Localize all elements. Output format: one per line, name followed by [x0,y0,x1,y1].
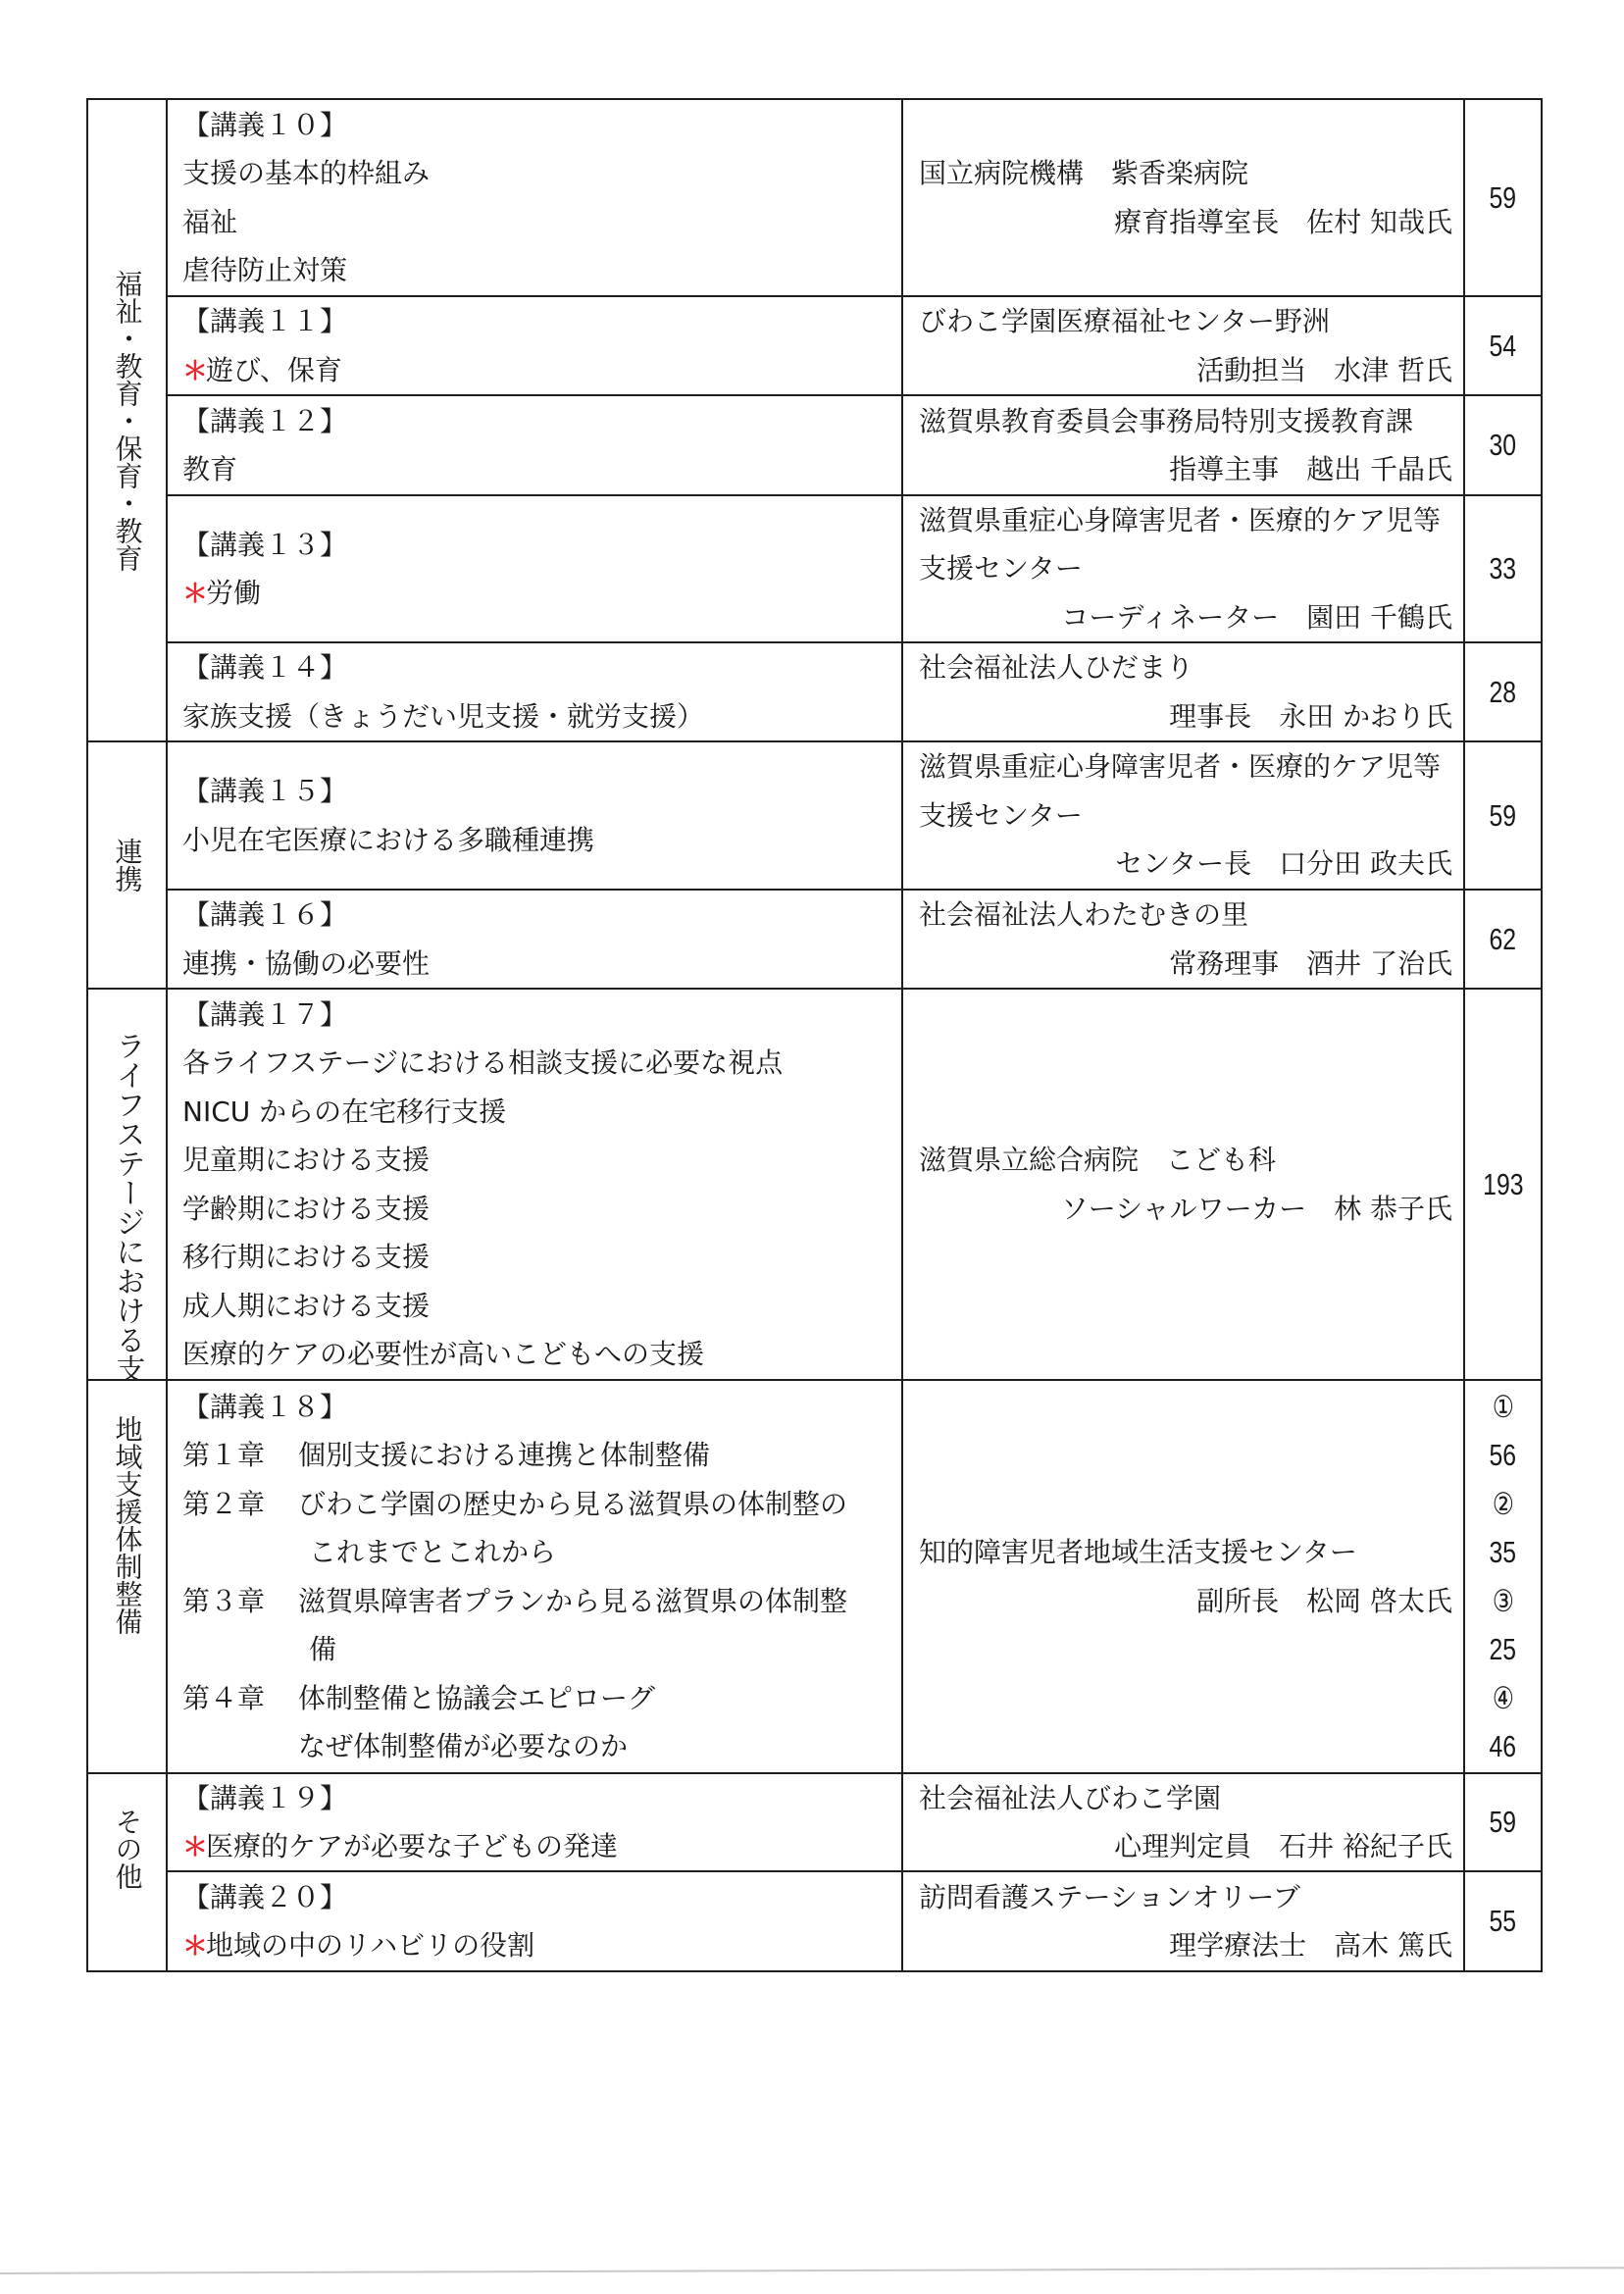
lecture-cell: 【講義１６】 連携・協働の必要性 [168,891,903,990]
lecture-number: 【講義１３】 [182,521,901,570]
lecture-number: 【講義２０】 [182,1873,901,1922]
asterisk-icon: ＊ [182,1824,206,1873]
chapter-label: 第２章 [182,1480,298,1529]
lecture-cell: 【講義１８】 第１章個別支援における連携と体制整備 第２章びわこ学園の歴史から見… [168,1381,903,1774]
category-label: 地域支援体制整備 [114,1415,141,1635]
category-cell-regional-system: 地域支援体制整備 [88,1381,168,1774]
organization-name: 知的障害児者地域生活支援センター [919,1528,1452,1577]
chapter-label: 第４章 [182,1674,298,1723]
lecturer-name: 理事長 永田 かおり氏 [919,692,1452,741]
lecturer-name: 指導主事 越出 千晶氏 [919,445,1452,494]
lecturer-name: 心理判定員 石井 裕紀子氏 [919,1822,1452,1871]
lecture-number: 【講義１７】 [182,991,901,1040]
count-cell: 54 [1465,297,1543,396]
count-value: 59 [1490,1798,1517,1847]
asterisk-icon: ＊ [182,348,206,397]
count-value: 59 [1490,174,1517,223]
count-value: 56 [1490,1431,1517,1480]
lecturer-cell: 知的障害児者地域生活支援センター 副所長 松岡 啓太氏 [903,1381,1465,1774]
count-cell: 59 [1465,100,1543,297]
lecture-topic: NICU からの在宅移行支援 [182,1088,901,1137]
chapter-line: 第１章個別支援における連携と体制整備 [182,1431,901,1480]
count-cell: 62 [1465,891,1543,990]
lecturer-cell: 滋賀県立総合病院 こども科 ソーシャルワーカー 林 恭子氏 [903,990,1465,1381]
lecture-cell: 【講義１２】 教育 [168,396,903,496]
count-cell: ① 56 ② 35 ③ 25 ④ 46 [1465,1381,1543,1774]
asterisk-icon: ＊ [182,1923,206,1972]
lecturer-cell: 滋賀県教育委員会事務局特別支援教育課 指導主事 越出 千晶氏 [903,396,1465,496]
scan-edge-line [0,2267,1624,2274]
chapter-continuation: 備 [182,1625,901,1674]
category-label: 福祉・教育・保育・教育 [114,270,141,572]
chapter-subtitle: なぜ体制整備が必要なのか [182,1722,901,1771]
organization-name: 滋賀県教育委員会事務局特別支援教育課 [919,397,1452,446]
count-value: 25 [1490,1625,1517,1674]
lecture-topic: 成人期における支援 [182,1282,901,1331]
chapter-title: 滋賀県障害者プランから見る滋賀県の体制整 [298,1585,847,1617]
lecture-topic: 各ライフステージにおける相談支援に必要な視点 [182,1039,901,1088]
chapter-line: 第４章体制整備と協議会エピローグ [182,1674,901,1723]
count-value: 62 [1490,915,1517,964]
chapter-continuation: これまでとこれから [182,1528,901,1577]
lecture-cell: 【講義１０】 支援の基本的枠組み 福祉 虐待防止対策 [168,100,903,297]
lecturer-cell: 社会福祉法人わたむきの里 常務理事 酒井 了治氏 [903,891,1465,990]
lecturer-name: 常務理事 酒井 了治氏 [919,940,1452,989]
category-cell-welfare-education: 福祉・教育・保育・教育 [88,100,168,742]
lecture-topic-text: 遊び、保育 [206,354,342,386]
count-value: 193 [1483,1160,1523,1209]
chapter-index: ① [1492,1383,1513,1432]
count-value: 35 [1490,1528,1517,1577]
organization-name: 支援センター [919,791,1452,841]
lecturer-cell: びわこ学園医療福祉センター野洲 活動担当 水津 哲氏 [903,297,1465,396]
lecture-topic-text: 医療的ケアが必要な子どもの発達 [206,1830,618,1862]
count-value: 28 [1490,668,1517,717]
lecture-number: 【講義１４】 [182,643,901,692]
lecture-topic: ＊労働 [182,569,901,618]
lecture-number: 【講義１１】 [182,297,901,346]
document-page: 福祉・教育・保育・教育 連携 ライフステージにおける支 地域支援体制整備 その他… [0,0,1624,2294]
lecture-cell: 【講義１３】 ＊労働 [168,496,903,643]
count-cell: 193 [1465,990,1543,1381]
chapter-index: ③ [1492,1577,1513,1626]
lecturer-cell: 社会福祉法人びわこ学園 心理判定員 石井 裕紀子氏 [903,1774,1465,1872]
chapter-index: ② [1492,1480,1513,1529]
lecture-topic: 医療的ケアの必要性が高いこどもへの支援 [182,1330,901,1379]
lecturer-name: 療育指導室長 佐村 知哉氏 [919,198,1452,247]
lecturer-name: センター長 口分田 政夫氏 [919,840,1452,889]
lecture-topic: 虐待防止対策 [182,246,901,295]
lecture-topic: 学齢期における支援 [182,1185,901,1234]
count-value: 54 [1490,322,1517,371]
lecture-number: 【講義１５】 [182,767,901,816]
lecture-topic: 教育 [182,445,901,494]
category-cell-collaboration: 連携 [88,742,168,990]
lecturer-name: 副所長 松岡 啓太氏 [919,1577,1452,1626]
count-value: 55 [1490,1897,1517,1946]
lecture-topic: ＊地域の中のリハビリの役割 [182,1921,901,1970]
lecturer-cell: 滋賀県重症心身障害児者・医療的ケア児等 支援センター コーディネーター 園田 千… [903,496,1465,643]
lecture-cell: 【講義１７】 各ライフステージにおける相談支援に必要な視点 NICU からの在宅… [168,990,903,1381]
lecture-number: 【講義１９】 [182,1774,901,1823]
count-cell: 55 [1465,1872,1543,1972]
lecture-cell: 【講義１５】 小児在宅医療における多職種連携 [168,742,903,891]
chapter-index: ④ [1492,1674,1513,1723]
organization-name: 社会福祉法人ひだまり [919,643,1452,692]
chapter-title: 個別支援における連携と体制整備 [298,1439,710,1471]
lecture-number: 【講義１８】 [182,1383,901,1432]
lecturer-name: ソーシャルワーカー 林 恭子氏 [919,1185,1452,1234]
lecturer-cell: 滋賀県重症心身障害児者・医療的ケア児等 支援センター センター長 口分田 政夫氏 [903,742,1465,891]
lecture-topic: 家族支援（きょうだい児支援・就労支援） [182,692,901,741]
organization-name: 滋賀県立総合病院 こども科 [919,1136,1452,1185]
lecturer-cell: 国立病院機構 紫香楽病院 療育指導室長 佐村 知哉氏 [903,100,1465,297]
lecture-table: 福祉・教育・保育・教育 連携 ライフステージにおける支 地域支援体制整備 その他… [86,98,1543,1972]
lecturer-name: コーディネーター 園田 千鶴氏 [919,593,1452,642]
lecturer-cell: 社会福祉法人ひだまり 理事長 永田 かおり氏 [903,643,1465,742]
organization-name: 国立病院機構 紫香楽病院 [919,149,1452,198]
organization-name: 訪問看護ステーションオリーブ [919,1873,1452,1922]
organization-name: びわこ学園医療福祉センター野洲 [919,297,1452,346]
category-label: その他 [114,1808,141,1890]
chapter-line: 第２章びわこ学園の歴史から見る滋賀県の体制整の [182,1480,901,1529]
chapter-label: 第１章 [182,1431,298,1480]
lecture-cell: 【講義１９】 ＊医療的ケアが必要な子どもの発達 [168,1774,903,1872]
chapter-label: 第３章 [182,1577,298,1626]
count-cell: 33 [1465,496,1543,643]
chapter-title: 体制整備と協議会エピローグ [298,1682,655,1714]
count-value: 30 [1490,421,1517,470]
count-cell: 28 [1465,643,1543,742]
count-cell: 59 [1465,742,1543,891]
category-cell-other: その他 [88,1774,168,1972]
lecture-number: 【講義１２】 [182,397,901,446]
lecture-topic: 移行期における支援 [182,1233,901,1282]
lecture-cell: 【講義１１】 ＊遊び、保育 [168,297,903,396]
lecture-topic-text: 地域の中のリハビリの役割 [206,1929,534,1962]
count-cell: 59 [1465,1774,1543,1872]
count-value: 33 [1490,544,1517,593]
organization-name: 滋賀県重症心身障害児者・医療的ケア児等 [919,496,1452,545]
organization-name: 支援センター [919,544,1452,593]
lecturer-name: 理学療法士 高木 篤氏 [919,1921,1452,1970]
organization-name: 社会福祉法人わたむきの里 [919,891,1452,940]
category-cell-life-stage: ライフステージにおける支 [88,990,168,1381]
category-label: ライフステージにおける支 [113,1031,142,1381]
count-cell: 30 [1465,396,1543,496]
chapter-title: びわこ学園の歴史から見る滋賀県の体制整の [298,1488,847,1520]
lecture-topic-text: 労働 [206,577,261,609]
lecturer-cell: 訪問看護ステーションオリーブ 理学療法士 高木 篤氏 [903,1872,1465,1972]
lecture-topic: ＊遊び、保育 [182,346,901,395]
lecture-topic: 福祉 [182,198,901,247]
lecture-topic: ＊医療的ケアが必要な子どもの発達 [182,1822,901,1871]
asterisk-icon: ＊ [182,571,206,620]
lecture-cell: 【講義２０】 ＊地域の中のリハビリの役割 [168,1872,903,1972]
lecturer-name: 活動担当 水津 哲氏 [919,346,1452,395]
lecture-topic: 連携・協働の必要性 [182,940,901,989]
lecture-topic: 支援の基本的枠組み [182,149,901,198]
category-label: 連携 [114,838,141,892]
count-value: 59 [1490,791,1517,841]
lecture-topic: 小児在宅医療における多職種連携 [182,816,901,865]
count-value: 46 [1490,1722,1517,1771]
lecture-number: 【講義１０】 [182,101,901,150]
lecture-topic: 児童期における支援 [182,1136,901,1185]
chapter-line: 第３章滋賀県障害者プランから見る滋賀県の体制整 [182,1577,901,1626]
lecture-cell: 【講義１４】 家族支援（きょうだい児支援・就労支援） [168,643,903,742]
organization-name: 滋賀県重症心身障害児者・医療的ケア児等 [919,742,1452,791]
lecture-number: 【講義１６】 [182,891,901,940]
organization-name: 社会福祉法人びわこ学園 [919,1774,1452,1823]
